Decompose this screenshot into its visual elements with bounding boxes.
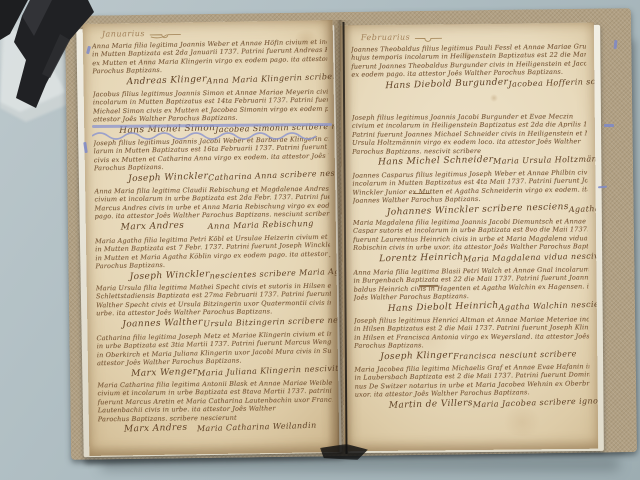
scanned-register-photo: Januarius Anna Maria filia legitima Joan… <box>0 0 640 480</box>
scanner-arm <box>0 0 140 120</box>
signature-name: Anna Maria Rebischung <box>208 218 314 231</box>
register-entry: Maria Ursula filia legitima Mathei Spech… <box>96 282 331 329</box>
ink-strikethrough <box>419 285 438 287</box>
pen-flourish-icon <box>414 32 444 42</box>
signature-name: Hans Diebolt Heinrich <box>388 300 499 313</box>
signature-name: Marx Wenger <box>131 366 198 378</box>
register-entry: Maria Jacobea filia legitima Michaelis G… <box>354 362 590 410</box>
blue-pencil-mark <box>604 124 614 127</box>
signature-name: Marx Andres <box>121 220 185 232</box>
paper-stain <box>490 94 498 102</box>
register-entry: Maria Magdalena filia legitima Joannis J… <box>353 218 588 264</box>
register-entry: Anna Maria filia legitima Claudii Rebisc… <box>94 185 329 232</box>
signature-name: Francisca nesciunt scribere <box>453 348 577 361</box>
paper-stain <box>216 292 250 316</box>
signature-name: Joannes Walther <box>122 317 203 329</box>
paper-stain <box>461 50 472 60</box>
register-entry: Joannes Casparus filius legitimus Joseph… <box>352 168 588 216</box>
signature-name: Martin de Villers <box>389 398 473 411</box>
paper-stain <box>550 82 557 88</box>
signature-name: Joseph Winckler <box>128 171 208 184</box>
entries-right: Joannes Theobaldus filius legitimus Paul… <box>351 43 590 410</box>
signature-name: Joseph Winckler <box>129 268 209 281</box>
entry-line: Parochus Baptizans. nescivit scribere <box>352 146 587 156</box>
signature-name: Hans Michel Schneider <box>378 154 493 167</box>
signature-name: Lorentz Heinrich <box>379 252 464 264</box>
signature-name: Marx Andres <box>124 423 188 435</box>
register-page-right: Februarius Joannes Theobaldus filius leg… <box>340 23 598 452</box>
pen-flourish-icon <box>149 28 183 39</box>
register-entry: Joseph filius legitimus Henrici Altman e… <box>354 315 589 361</box>
signature-name: Maria Ursula Holtzmännin <box>493 154 598 167</box>
gutter-shadow <box>327 20 353 454</box>
paper-stain <box>292 30 320 52</box>
register-entry: Maria Agatha filia legitima Petri Köbl e… <box>95 232 331 281</box>
register-entry: Anna Maria filia legitima Blasii Petri W… <box>353 265 589 313</box>
ink-underline <box>413 193 430 194</box>
signature-name: Hans Diebold Burgunder <box>385 77 508 91</box>
entry-line: Parochus Baptizans. <box>354 340 589 350</box>
paper-stain <box>500 408 544 436</box>
signature-name: Maria Magdalena vidua nescivit scribere <box>463 250 598 264</box>
signature-name: Maria Catharina Weilandin <box>197 421 317 434</box>
signature-name: Maria Jacobea scribere ignorans <box>473 395 599 410</box>
signature-name: Ursula Bitzingerin scribere nescivit <box>203 315 340 330</box>
blue-pencil-scribble <box>92 131 328 141</box>
month-heading: Februarius <box>361 33 410 44</box>
register-entry: Joseph filius legitimus Joannis Jacobi W… <box>93 135 329 184</box>
paper-stain <box>138 56 158 70</box>
register-entry: Joseph filius legitimus Joannis Jacobi B… <box>352 112 587 166</box>
paper-stain <box>112 382 136 400</box>
paper-stain <box>400 318 456 358</box>
register-entry: Catharina filia legitima Joseph Metz et … <box>96 329 332 378</box>
